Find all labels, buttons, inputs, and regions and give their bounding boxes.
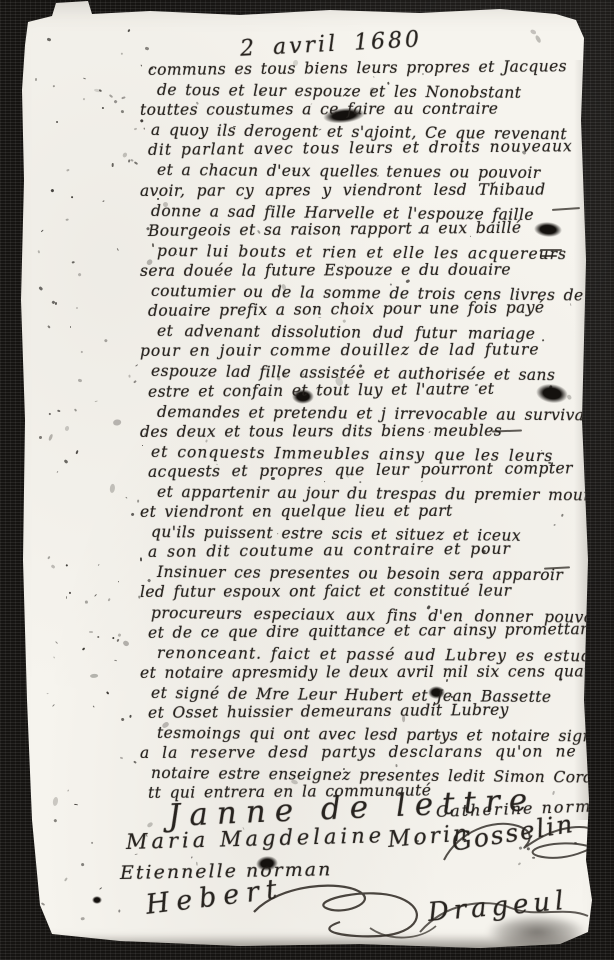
manuscript-line: douaire prefix a son choix pour une fois… [148, 297, 590, 321]
paper-edge-shadow [574, 60, 596, 820]
manuscript-line: communs es tous biens leurs propres et J… [148, 56, 590, 80]
microfilm-backdrop: 2 avril 1680 communs es tous biens leurs… [0, 0, 614, 960]
manuscript-line: avoir, par cy apres y viendront lesd Thi… [140, 179, 590, 201]
manuscript-body: communs es tous biens leurs propres et J… [148, 60, 590, 803]
manuscript-line: a la reserve desd partys desclarans qu'o… [140, 742, 590, 764]
manuscript-line: touttes coustumes a ce faire au contrair… [140, 99, 590, 121]
manuscript-line: des deux et tous leurs dits biens meuble… [140, 420, 590, 442]
manuscript-line: led futur espoux ont faict et constitué … [140, 581, 590, 603]
manuscript-line: estre et confain et tout luy et l'autre … [148, 378, 590, 402]
date-line: 2 avril 1680 [239, 27, 422, 61]
signature-marie-magdelaine: Maria Magdelaine [126, 823, 386, 854]
manuscript-line: et notaire apresmidy le deux avril mil s… [140, 661, 590, 683]
ink-blot [92, 896, 102, 904]
manuscript-line: dit parlant avec tous leurs et droits no… [148, 137, 590, 161]
manuscript-line: acquests et propres que leur pourront co… [148, 458, 590, 482]
manuscript-line: sera douée la future Espouze e du douair… [140, 259, 590, 281]
manuscript-line: et de ce que dire quittance et car ainsy… [148, 619, 590, 643]
manuscript-line: a son dit coutume au contraire et pour [148, 538, 590, 562]
manuscript-line: pour en jouir comme douillez de lad futu… [140, 340, 590, 362]
bottom-edge-smudge [40, 934, 580, 952]
manuscript-line: et viendront en quelque lieu et part [140, 500, 590, 522]
manuscript-line: Bourgeois et sa raison rapport a eux bai… [148, 217, 590, 241]
manuscript-line: et Osset huissier demeurans audit Lubrey [148, 699, 590, 723]
document-page: 2 avril 1680 communs es tous biens leurs… [0, 0, 614, 960]
